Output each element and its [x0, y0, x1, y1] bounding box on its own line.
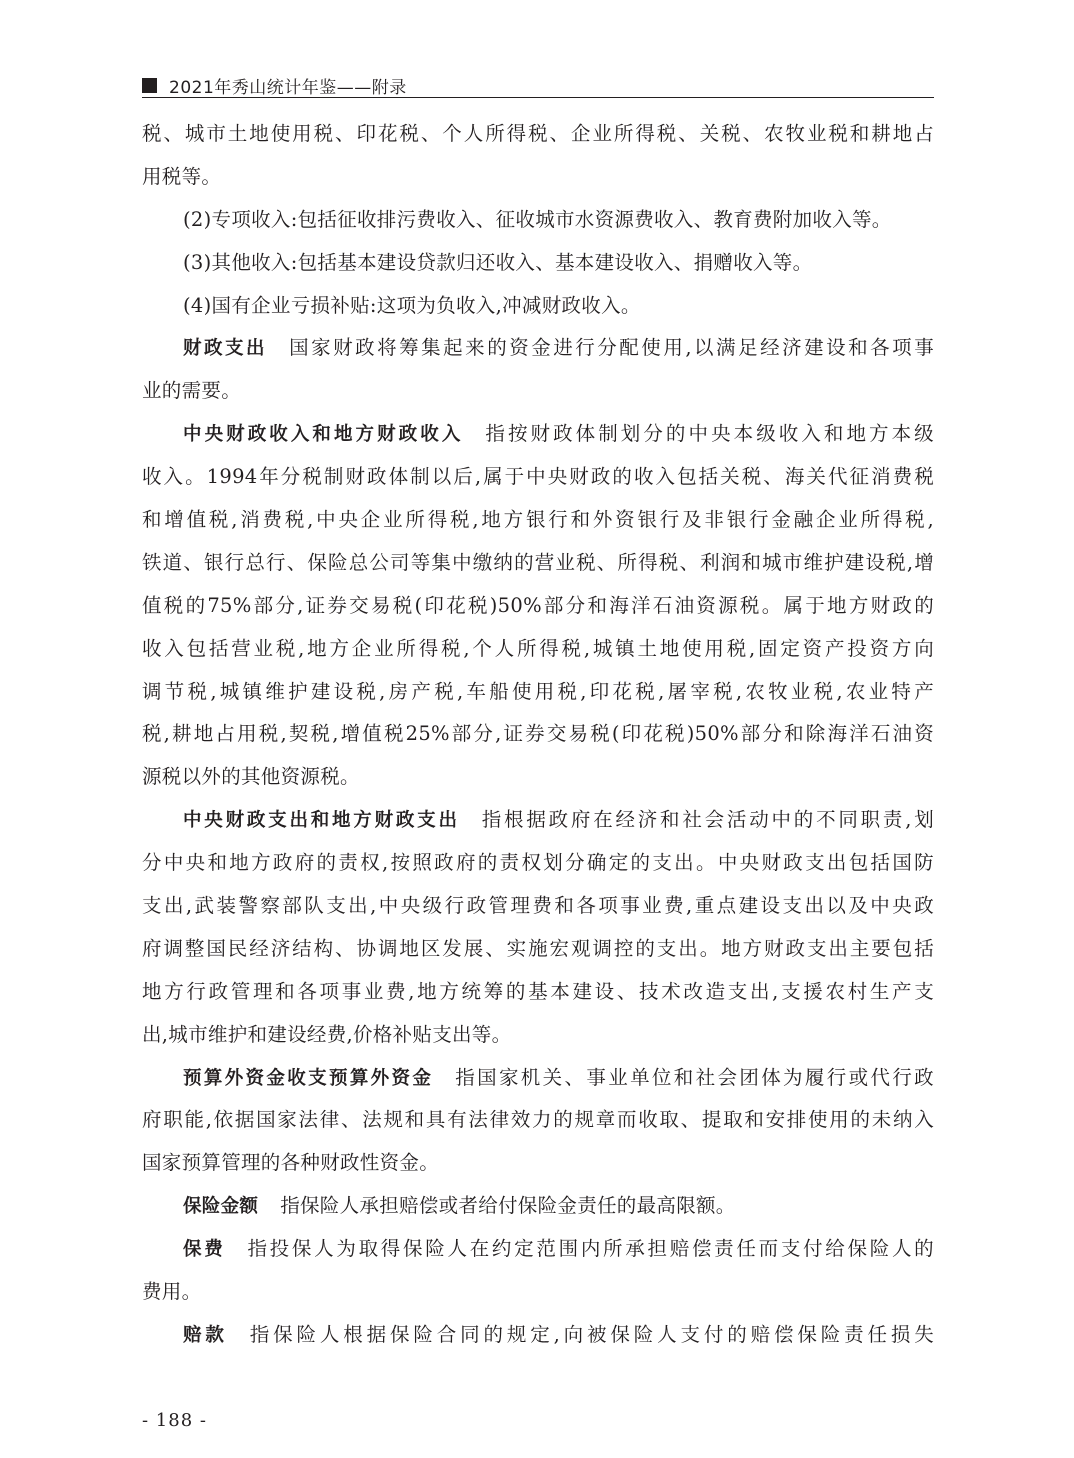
definition-line: 保险金额指保险人承担赔偿或者给付保险金责任的最高限额。	[142, 1185, 934, 1228]
list-item: (2)专项收入:包括征收排污费收入、征收城市水资源费收入、教育费附加收入等。	[142, 199, 934, 242]
term-heading: 保险金额	[183, 1196, 258, 1217]
definition-line: 中央财政支出和地方财政支出指根据政府在经济和社会活动中的不同职责,划	[142, 799, 934, 842]
text-line: 税、城市土地使用税、印花税、个人所得税、企业所得税、关税、农牧业税和耕地占	[142, 113, 934, 156]
text-line: 用税等。	[142, 156, 934, 199]
text-line: 和增值税,消费税,中央企业所得税,地方银行和外资银行及非银行金融企业所得税,	[142, 499, 934, 542]
text-line: 出,城市维护和建设经费,价格补贴支出等。	[142, 1014, 934, 1057]
definition-line: 财政支出国家财政将筹集起来的资金进行分配使用,以满足经济建设和各项事	[142, 327, 934, 370]
header-rule	[142, 97, 934, 98]
list-item: (3)其他收入:包括基本建设贷款归还收入、基本建设收入、捐赠收入等。	[142, 242, 934, 285]
list-item: (4)国有企业亏损补贴:这项为负收入,冲减财政收入。	[142, 285, 934, 328]
text-line: 源税以外的其他资源税。	[142, 756, 934, 799]
page-number: - 188 -	[142, 1410, 207, 1431]
definition-line: 预算外资金收支预算外资金指国家机关、事业单位和社会团体为履行或代行政	[142, 1057, 934, 1100]
text-line: 国家预算管理的各种财政性资金。	[142, 1142, 934, 1185]
text-line: 分中央和地方政府的责权,按照政府的责权划分确定的支出。中央财政支出包括国防	[142, 842, 934, 885]
black-square-icon	[142, 78, 157, 93]
text-line: 业的需要。	[142, 370, 934, 413]
text-line: 值税的75%部分,证券交易税(印花税)50%部分和海洋石油资源税。属于地方财政的	[142, 585, 934, 628]
text-line: 收入。1994年分税制财政体制以后,属于中央财政的收入包括关税、海关代征消费税	[142, 456, 934, 499]
term-heading: 中央财政支出和地方财政支出	[183, 810, 460, 831]
header-title: 2021年秀山统计年鉴——附录	[169, 73, 407, 98]
text-line: 铁道、银行总行、保险总公司等集中缴纳的营业税、所得税、利润和城市维护建设税,增	[142, 542, 934, 585]
text-line: 府职能,依据国家法律、法规和具有法律效力的规章而收取、提取和安排使用的未纳入	[142, 1099, 934, 1142]
page-body: 税、城市土地使用税、印花税、个人所得税、企业所得税、关税、农牧业税和耕地占 用税…	[142, 113, 934, 1357]
text-line: 费用。	[142, 1271, 934, 1314]
term-heading: 中央财政收入和地方财政收入	[183, 424, 463, 445]
term-heading: 预算外资金收支预算外资金	[183, 1068, 433, 1089]
text-line: 府调整国民经济结构、协调地区发展、实施宏观调控的支出。地方财政支出主要包括	[142, 928, 934, 971]
definition-line: 赔款指保险人根据保险合同的规定,向被保险人支付的赔偿保险责任损失	[142, 1314, 934, 1357]
text-line: 调节税,城镇维护建设税,房产税,车船使用税,印花税,屠宰税,农牧业税,农业特产	[142, 671, 934, 714]
definition-line: 中央财政收入和地方财政收入指按财政体制划分的中央本级收入和地方本级	[142, 413, 934, 456]
term-heading: 保费	[183, 1239, 225, 1260]
term-heading: 财政支出	[183, 338, 267, 359]
running-header: 2021年秀山统计年鉴——附录	[142, 72, 934, 98]
text-line: 收入包括营业税,地方企业所得税,个人所得税,城镇土地使用税,固定资产投资方向	[142, 628, 934, 671]
term-heading: 赔款	[183, 1325, 228, 1346]
definition-line: 保费指投保人为取得保险人在约定范围内所承担赔偿责任而支付给保险人的	[142, 1228, 934, 1271]
text-line: 支出,武装警察部队支出,中央级行政管理费和各项事业费,重点建设支出以及中央政	[142, 885, 934, 928]
text-line: 税,耕地占用税,契税,增值税25%部分,证券交易税(印花税)50%部分和除海洋石…	[142, 713, 934, 756]
text-line: 地方行政管理和各项事业费,地方统筹的基本建设、技术改造支出,支援农村生产支	[142, 971, 934, 1014]
